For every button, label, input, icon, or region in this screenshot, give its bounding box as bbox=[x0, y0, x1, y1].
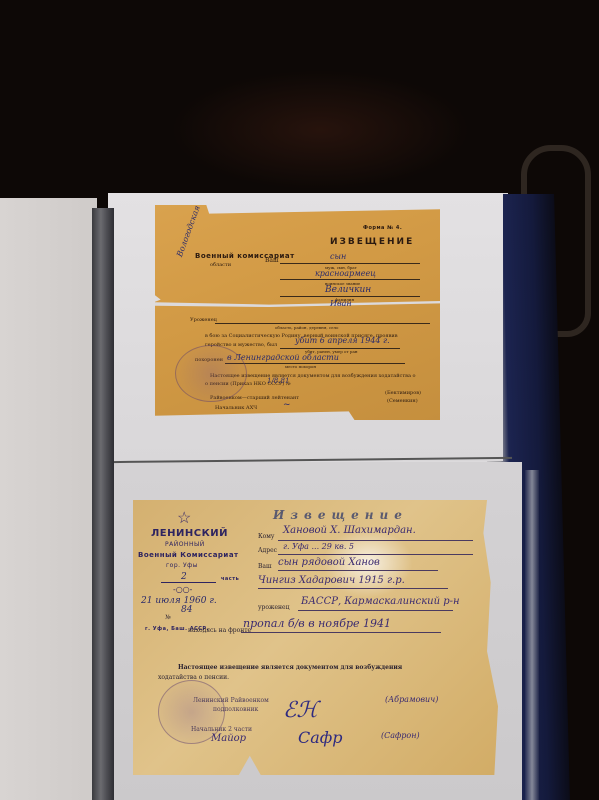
issuer-line-3: Военный Комиссариат bbox=[138, 551, 239, 559]
notification-document-2: ☆ ЛЕНИНСКИЙ РАЙОННЫЙ Военный Комиссариат… bbox=[133, 500, 498, 775]
vash-value: сын bbox=[330, 252, 346, 261]
to-label: Кому bbox=[258, 533, 274, 540]
notification-document-1: Форма № 4. ИЗВЕЩЕНИЕ Военный комиссариат… bbox=[155, 205, 440, 420]
signature-1: ℰℋ bbox=[283, 698, 318, 723]
official-stamp bbox=[175, 345, 247, 402]
chief-name: (Семенкин) bbox=[387, 398, 418, 404]
name-value: Чингиз Хадарович 1915 г.р. bbox=[258, 575, 405, 586]
born-label: уроженец bbox=[258, 604, 289, 611]
album-left-page bbox=[0, 198, 97, 800]
birthplace-label: Уроженец bbox=[190, 317, 217, 323]
issuer-region: области bbox=[210, 262, 231, 268]
buried-value: в Ленинградской области bbox=[227, 353, 339, 362]
issuer-line-1: ЛЕНИНСКИЙ bbox=[151, 528, 228, 539]
number-label: № bbox=[165, 614, 171, 621]
chief-name: (Сафрон) bbox=[381, 731, 420, 740]
issuer-line-4: гор. Уфы bbox=[166, 562, 198, 569]
vash-label: Ваш bbox=[265, 257, 279, 264]
front-value: пропал б/в в ноябре 1941 bbox=[243, 617, 391, 630]
signature-2: Сафр bbox=[298, 728, 343, 747]
issuer: Военный комиссариат bbox=[195, 252, 295, 260]
part-label: часть bbox=[221, 576, 239, 582]
background-shadow bbox=[170, 70, 470, 190]
order-number: 1/8.81 bbox=[267, 377, 289, 385]
name-value: Иван bbox=[330, 299, 352, 308]
your-label: Ваш bbox=[258, 563, 272, 570]
chief-rank: Майор bbox=[211, 733, 246, 744]
signature: ~ bbox=[283, 400, 291, 410]
issuer-line-2: РАЙОННЫЙ bbox=[165, 541, 205, 548]
paper-tear bbox=[155, 301, 440, 307]
text-line-1: Настоящее извещение является документом … bbox=[178, 664, 402, 671]
address-value: г. Уфа ... 29 кв. 5 bbox=[283, 542, 354, 551]
address-label: Адрес bbox=[258, 547, 277, 554]
birthplace-caption: область, район, деревня, село bbox=[275, 325, 338, 330]
commissar-name: (Бектимиров) bbox=[385, 390, 421, 396]
doc1-title: ИЗВЕЩЕНИЕ bbox=[330, 237, 414, 247]
sleeve-shine bbox=[525, 470, 539, 800]
fate-value: убит 6 апреля 1944 г. bbox=[295, 336, 390, 345]
place-caption: место похорон bbox=[285, 364, 316, 369]
number-value: 84 bbox=[181, 605, 192, 615]
commissar-name: (Абрамович) bbox=[385, 695, 438, 704]
born-value: БАССР, Кармаскалинский р-н bbox=[301, 596, 460, 607]
divider-ornament: -○○- bbox=[173, 585, 192, 594]
surname-value: Величкин bbox=[325, 285, 371, 295]
your-value: сын рядовой Ханов bbox=[278, 557, 380, 568]
commissar-title: Ленинский Райвоенком bbox=[193, 697, 269, 704]
doc2-title: Извещение bbox=[273, 508, 408, 522]
part-value: 2 bbox=[181, 572, 187, 582]
form-label: Форма № 4. bbox=[363, 225, 402, 231]
to-value: Хановой Х. Шахимардан. bbox=[283, 525, 416, 536]
commissar-rank: подполковник bbox=[213, 706, 258, 713]
album-spine bbox=[92, 208, 114, 800]
chief-title: Начальник АХЧ bbox=[215, 405, 257, 411]
date-value: 21 июля 1960 г. bbox=[141, 596, 217, 606]
chief-title: Начальник 2 части bbox=[191, 726, 252, 733]
star-icon: ☆ bbox=[177, 508, 191, 527]
rank-value: красноармеец bbox=[315, 269, 376, 278]
